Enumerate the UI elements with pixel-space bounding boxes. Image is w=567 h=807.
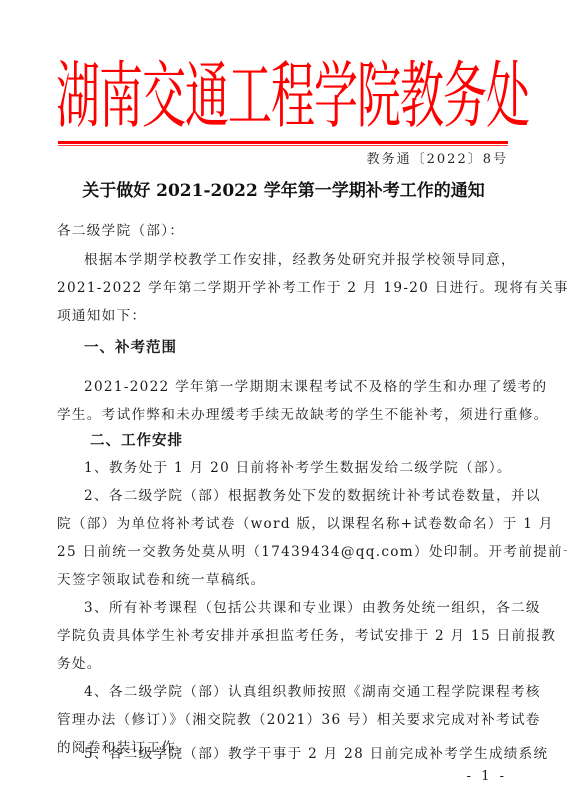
item-3-line: 务处。 <box>57 652 511 672</box>
item-2-line: 25 日前统一交教务处莫从明（17439434@qq.com）处印制。开考前提前… <box>57 540 511 560</box>
item-4-line: 4、各二级学院（部）认真组织教师按照《湖南交通工程学院课程考核 <box>84 680 511 700</box>
notice-title: 关于做好 2021-2022 学年第一学期补考工作的通知 <box>0 176 567 201</box>
document-page: 湖南交通工程学院教务处 教务通〔2022〕8号 关于做好 2021-2022 学… <box>0 0 567 807</box>
document-number: 教务通〔2022〕8号 <box>367 148 508 167</box>
item-2-line: 2、各二级学院（部）根据教务处下发的数据统计补考试卷数量，并以 <box>84 484 511 504</box>
scope-line: 2021-2022 学年第一学期期末课程考试不及格的学生和办理了缓考的 <box>84 375 511 395</box>
masthead-red-rule <box>58 141 508 144</box>
item-2-line: 天签字领取试卷和统一草稿纸。 <box>57 568 511 588</box>
section-heading-arrangement: 二、工作安排 <box>90 429 544 450</box>
item-3-line: 学院负责具体学生补考安排并承担监考任务，考试安排于 2 月 15 日前报教 <box>57 624 511 644</box>
item-2-line: 院（部）为单位将补考试卷（word 版，以课程名称+试卷数命名）于 1 月 <box>57 512 511 532</box>
scope-line: 学生。考试作弊和未办理缓考手续无故缺考的学生不能补考，须进行重修。 <box>57 403 511 423</box>
page-number: - 1 - <box>467 769 507 784</box>
intro-line: 项通知如下： <box>57 304 511 324</box>
section-heading-scope: 一、补考范围 <box>84 336 511 357</box>
item-4-line: 管理办法（修订）》（湘交院教（2021）36 号）相关要求完成对补考试卷 <box>57 708 511 728</box>
item-5-line: 5、各二级学院（部）教学干事于 2 月 28 日前完成补考学生成绩系统 <box>84 742 511 762</box>
intro-line: 2021-2022 学年第二学期开学补考工作于 2 月 19-20 日进行。现将… <box>57 276 511 296</box>
masthead-red-rule-thin <box>58 145 508 146</box>
intro-line: 根据本学期学校教学工作安排，经教务处研究并报学校领导同意， <box>84 248 511 268</box>
salutation: 各二级学院（部）： <box>57 219 511 239</box>
item-1-line: 1、教务处于 1 月 20 日前将补考学生数据发给二级学院（部）。 <box>84 456 511 476</box>
item-3-line: 3、所有补考课程（包括公共课和专业课）由教务处统一组织，各二级 <box>84 596 511 616</box>
